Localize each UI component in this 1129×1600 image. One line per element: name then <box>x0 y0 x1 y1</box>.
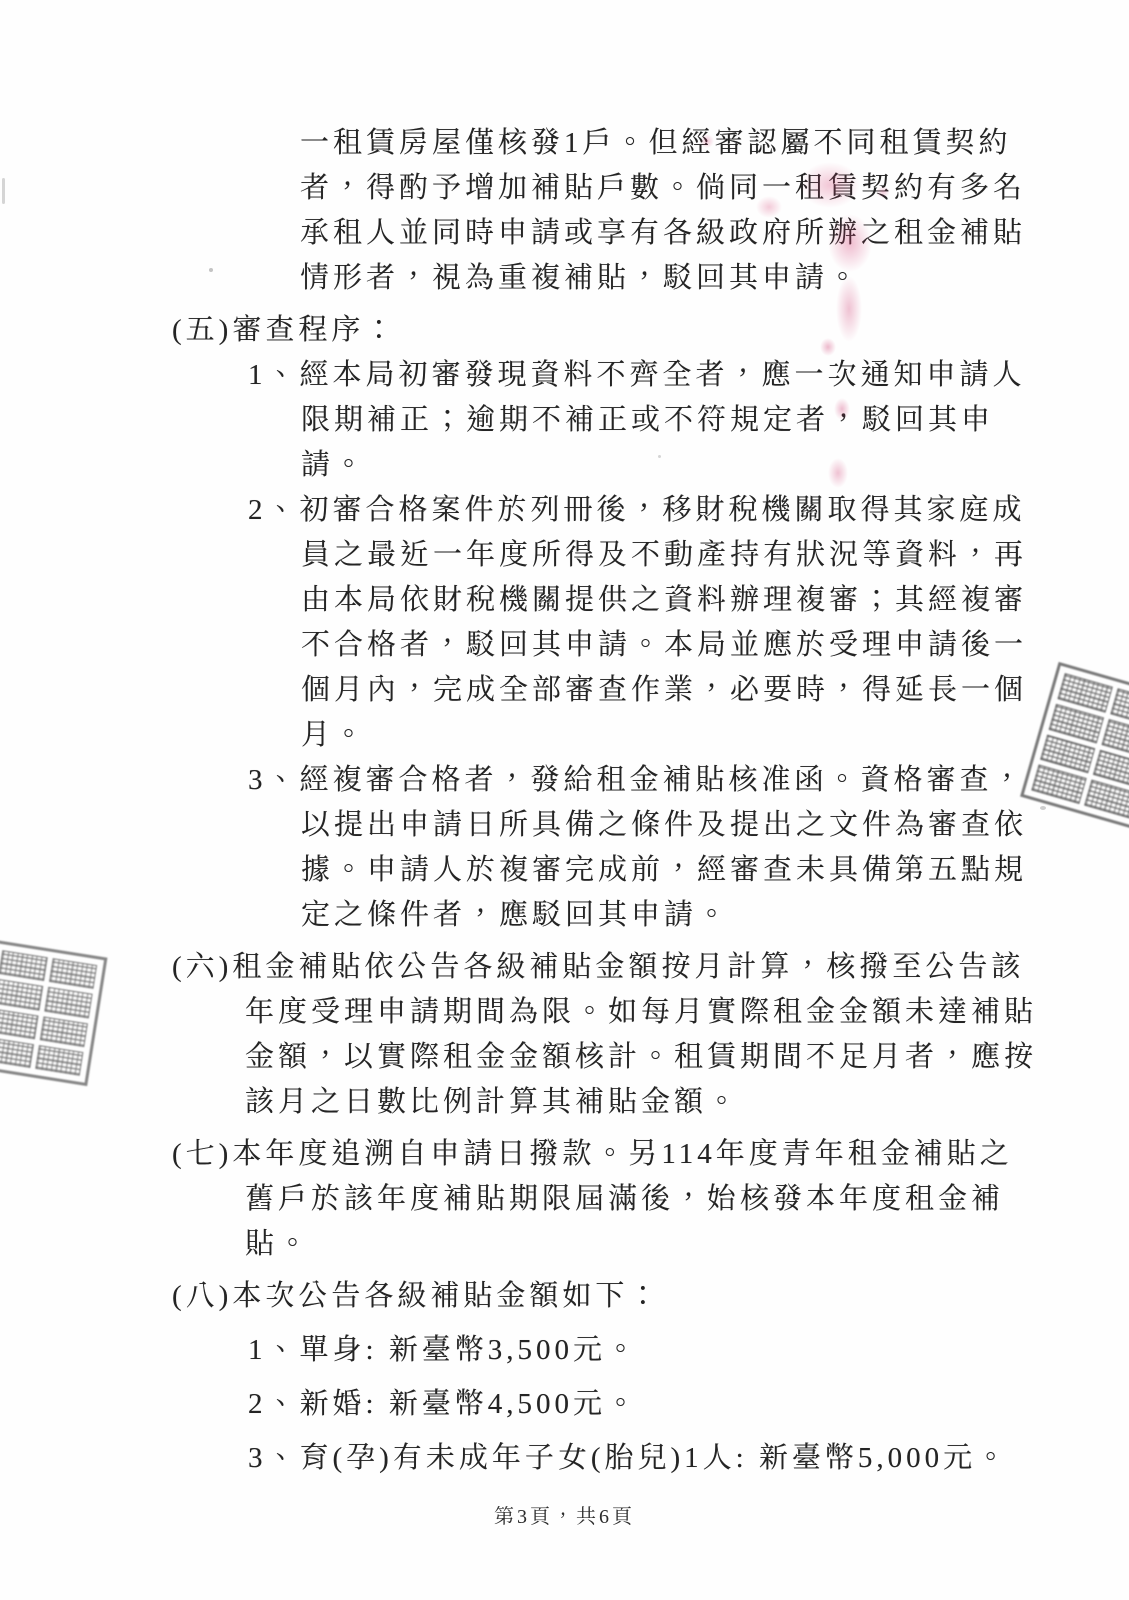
text-line: 年度受理申請期間為限。如每月實際租金金額未達補貼 <box>245 990 1129 1035</box>
text-line: (八)本次公告各級補貼金額如下： <box>172 1274 1129 1319</box>
seal-glyph <box>0 1037 34 1068</box>
seal-glyph <box>0 950 47 981</box>
text-line: 以提出申請日所具備之條件及提出之文件為審查依 <box>301 803 1129 848</box>
text-line: 月。 <box>301 713 1129 758</box>
seal-glyph <box>35 1045 84 1076</box>
footer-page-number: 第3頁，共6頁 <box>0 1500 1129 1529</box>
text-line: 2、新婚: 新臺幣4,500元。 <box>248 1382 1129 1427</box>
scan-noise-speck <box>1040 806 1046 810</box>
text-line: 舊戶於該年度補貼期限屆滿後，始核發本年度租金補 <box>245 1177 1129 1222</box>
text-line: 一租賃房屋僅核發1戶。但經審認屬不同租賃契約 <box>300 121 1129 166</box>
scan-noise-speck <box>209 268 213 272</box>
seal-glyph <box>0 979 43 1010</box>
text-line: 1、經本局初審發現資料不齊全者，應一次通知申請人 <box>248 353 1129 398</box>
document-body: 一租賃房屋僅核發1戶。但經審認屬不同租賃契約者，得酌予增加補貼戶數。倘同一租賃契… <box>0 121 1129 1481</box>
text-line: 不合格者，駁回其申請。本局並應於受理申請後一 <box>301 623 1129 668</box>
scan-noise-speck <box>658 455 661 458</box>
text-line: 由本局依財稅機關提供之資料辦理複審；其經複審 <box>301 578 1129 623</box>
text-line: 據。申請人於複審完成前，經審查未具備第五點規 <box>301 848 1129 893</box>
text-line: 金額，以實際租金金額核計。租賃期間不足月者，應按 <box>245 1035 1129 1080</box>
seal-glyph <box>1084 780 1129 819</box>
text-line: 限期補正；逾期不補正或不符規定者，駁回其申 <box>301 398 1129 443</box>
text-line: (五)審查程序： <box>172 308 1129 353</box>
text-line: 員之最近一年度所得及不動產持有狀況等資料，再 <box>301 533 1129 578</box>
text-line: (七)本年度追溯自申請日撥款。另114年度青年租金補貼之 <box>172 1132 1129 1177</box>
text-line: 3、育(孕)有未成年子女(胎兒)1人: 新臺幣5,000元。 <box>248 1436 1129 1481</box>
text-line: (六)租金補貼依公告各級補貼金額按月計算，核撥至公告該 <box>172 945 1129 990</box>
text-line: 1、單身: 新臺幣3,500元。 <box>248 1328 1129 1373</box>
seal-glyph <box>44 987 93 1018</box>
text-line: 3、經複審合格者，發給租金補貼核准函。資格審查， <box>248 758 1129 803</box>
text-line: 該月之日數比例計算其補貼金額。 <box>245 1080 1129 1125</box>
scanned-page: 一租賃房屋僅核發1戶。但經審認屬不同租賃契約者，得酌予增加補貼戶數。倘同一租賃契… <box>0 0 1129 1600</box>
seal-glyph <box>48 958 97 989</box>
text-line: 者，得酌予增加補貼戶數。倘同一租賃契約有多名 <box>300 166 1129 211</box>
seal-glyph <box>0 1008 38 1039</box>
text-line: 個月內，完成全部審查作業，必要時，得延長一個 <box>301 668 1129 713</box>
text-line: 請。 <box>301 443 1129 488</box>
text-line: 貼。 <box>245 1222 1129 1267</box>
text-line: 情形者，視為重複補貼，駁回其申請。 <box>300 256 1129 301</box>
text-line: 2、初審合格案件於列冊後，移財稅機關取得其家庭成 <box>248 488 1129 533</box>
seal-glyph <box>39 1016 88 1047</box>
scan-noise-speck <box>2 178 5 204</box>
text-line: 承租人並同時申請或享有各級政府所辦之租金補貼 <box>300 211 1129 256</box>
text-line: 定之條件者，應駁回其申請。 <box>301 893 1129 938</box>
